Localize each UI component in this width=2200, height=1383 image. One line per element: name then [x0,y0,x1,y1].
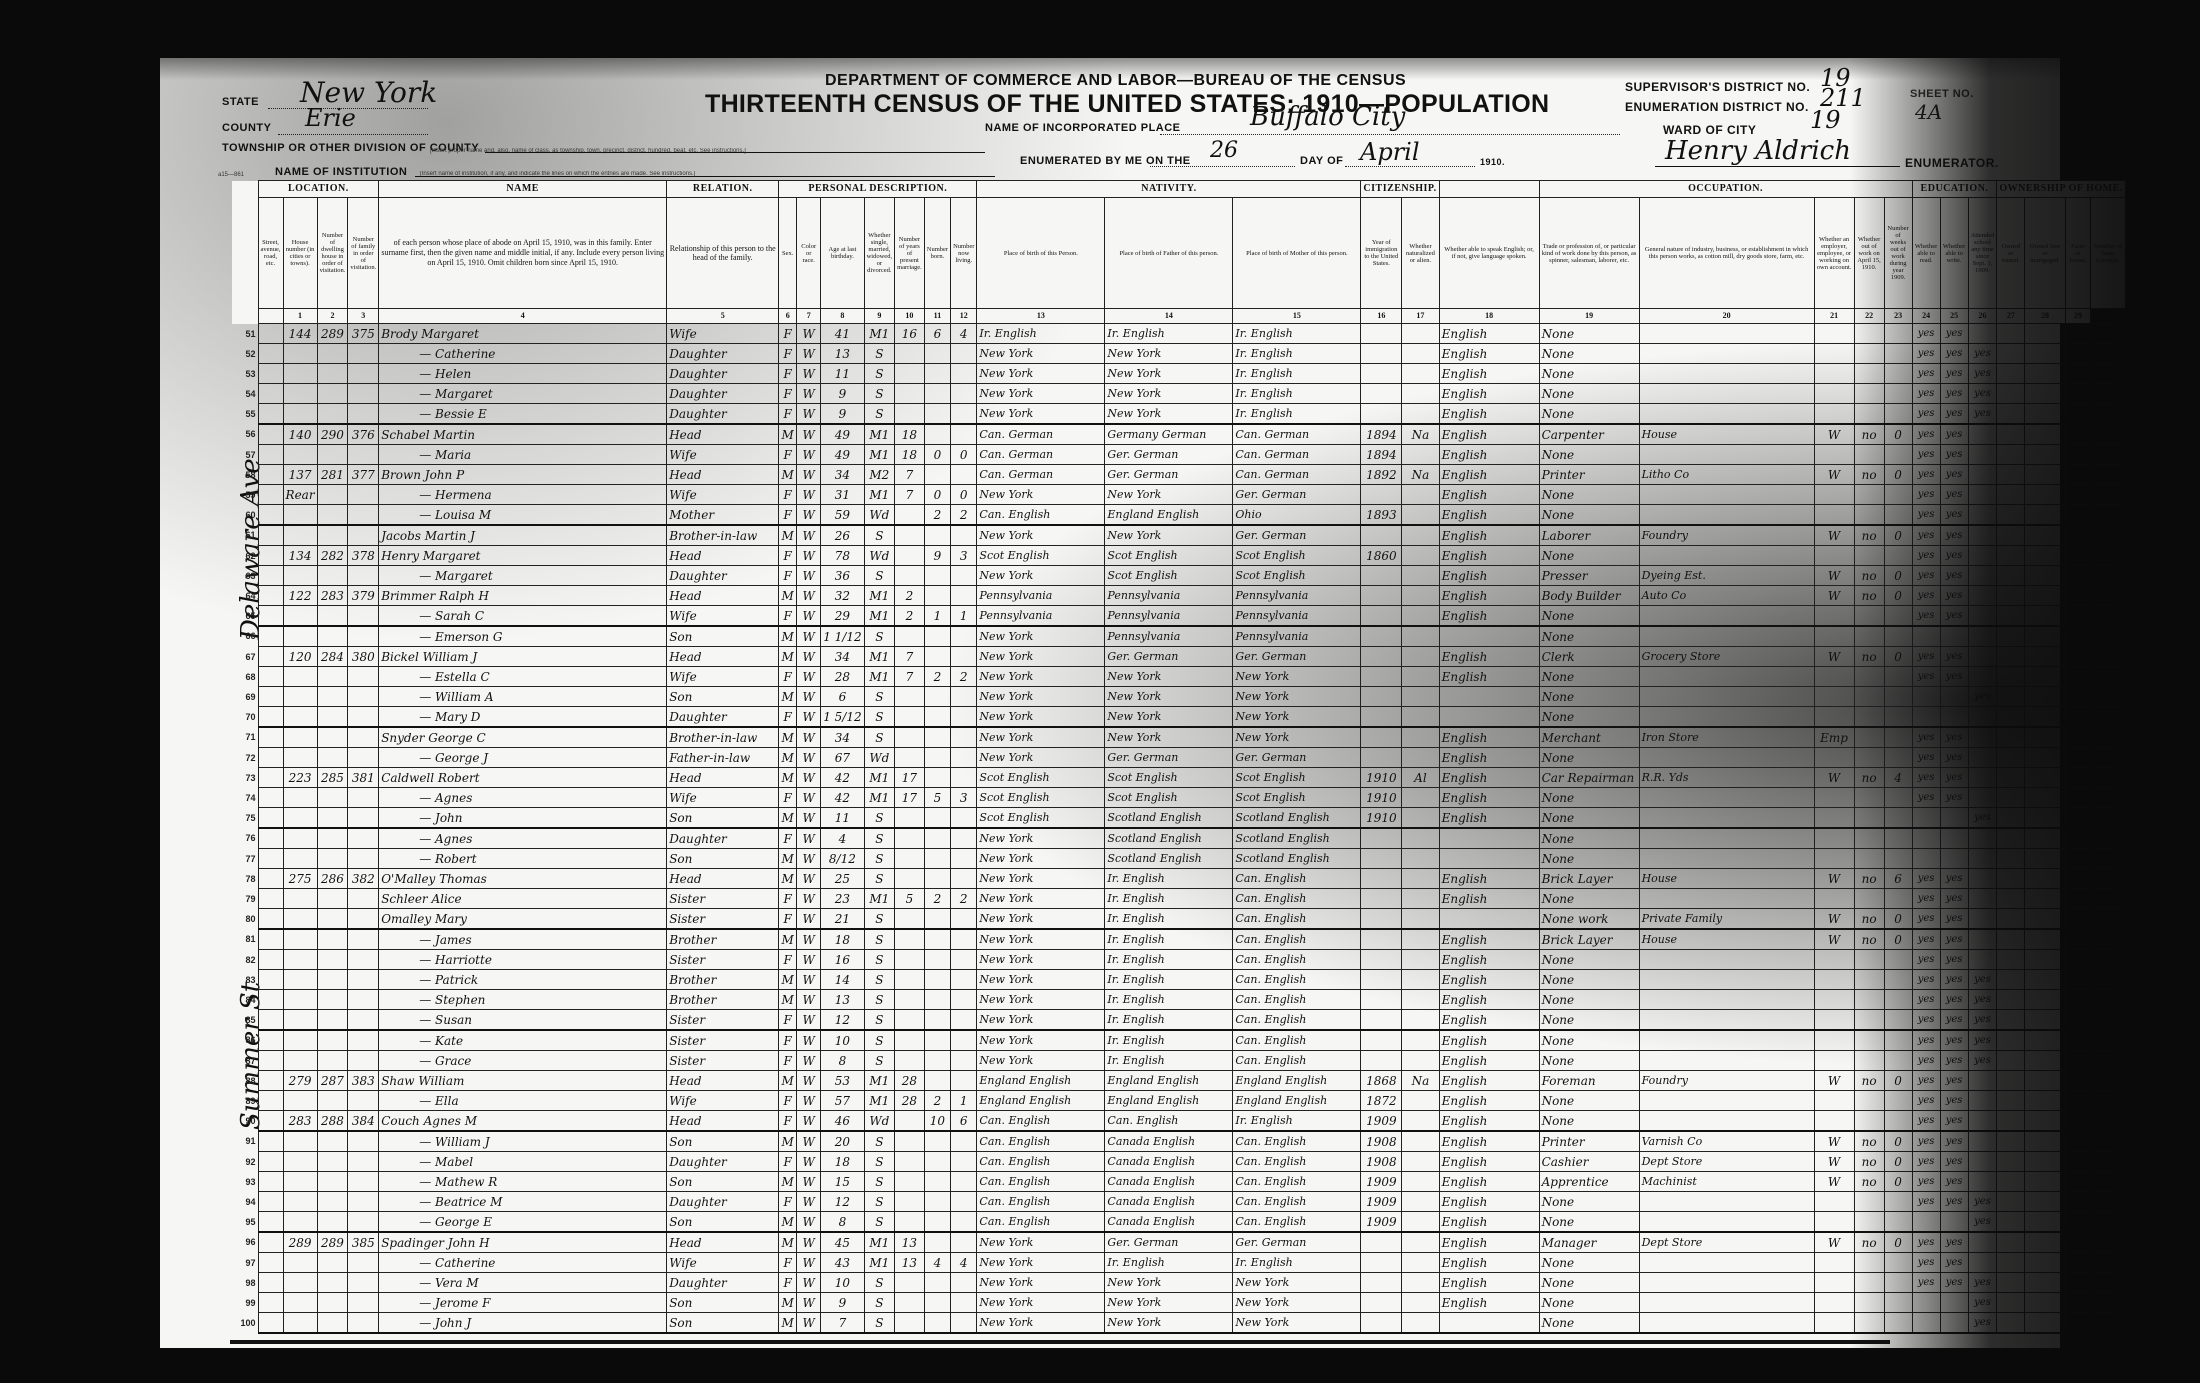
enumerator-line [1655,166,1900,167]
street-cell [258,889,283,909]
relationship-cell: Wife [667,324,779,344]
dwelling-number-cell [317,566,348,586]
house-number-cell: 134 [283,546,317,566]
family-number-cell: 382 [348,869,379,889]
birthplace-father-cell: New York [1105,1293,1233,1313]
family-number-cell [348,849,379,869]
person-name-cell: Schabel Martin [379,424,667,445]
occupation-trade-cell: None [1539,364,1639,384]
street-cell [258,626,283,647]
race-cell: W [797,505,821,526]
out-of-work-cell [1854,687,1884,707]
can-read-cell: yes [1912,324,1940,344]
person-name-cell: — Margaret [379,566,667,586]
can-write-cell: yes [1940,445,1968,465]
race-cell: W [797,788,821,808]
language-cell: English [1439,1253,1539,1273]
birthplace-father-cell: Ir. English [1105,1030,1233,1051]
birthplace-father-cell: Canada English [1105,1131,1233,1152]
children-living-cell [951,849,977,869]
sex-cell: M [779,768,797,788]
header-house-number: House number (in cities or towns). [283,198,317,309]
farm-house-cell [2065,667,2091,687]
own-rent-cell [1997,707,2025,728]
header-immigration-year: Year of immigration to the United States… [1361,198,1402,309]
race-cell: W [797,566,821,586]
birthplace-person-cell: New York [977,748,1105,768]
can-read-cell: yes [1912,1273,1940,1293]
relationship-cell: Brother [667,990,779,1010]
birthplace-person-cell: New York [977,727,1105,748]
years-married-cell: 7 [895,465,925,485]
marital-status-cell: M1 [864,788,894,808]
naturalization-cell: Na [1402,424,1439,445]
marital-status-cell: S [864,727,894,748]
language-cell: English [1439,566,1539,586]
farm-schedule-cell [2091,505,2126,526]
can-read-cell: yes [1912,1172,1940,1192]
naturalization-cell [1402,1212,1439,1233]
can-read-cell: yes [1912,929,1940,950]
birthplace-person-cell: New York [977,869,1105,889]
sex-cell: M [779,647,797,667]
farm-schedule-cell [2091,808,2126,829]
children-living-cell [951,566,977,586]
attended-school-cell: yes [1968,1293,1997,1313]
farm-house-cell [2065,445,2091,465]
header-birthplace-person: Place of birth of this Person. [977,198,1105,309]
birthplace-person-cell: New York [977,990,1105,1010]
immigration-year-cell [1361,626,1402,647]
street-cell [258,384,283,404]
marital-status-cell: M1 [864,324,894,344]
language-cell: English [1439,445,1539,465]
immigration-year-cell: 1868 [1361,1071,1402,1091]
farm-house-cell [2065,869,2091,889]
sex-cell: M [779,525,797,546]
own-rent-cell [1997,1273,2025,1293]
can-read-cell: yes [1912,1111,1940,1132]
relationship-cell: Father-in-law [667,748,779,768]
occupation-industry-cell [1639,1253,1814,1273]
out-of-work-cell: no [1854,1152,1884,1172]
age-cell: 49 [821,445,864,465]
dwelling-number-cell [317,404,348,425]
years-married-cell [895,1131,925,1152]
birthplace-father-cell: New York [1105,384,1233,404]
occupation-trade-cell: None work [1539,909,1639,930]
farm-house-cell [2065,364,2091,384]
header-children-living: Number now living. [951,198,977,309]
race-cell: W [797,929,821,950]
house-number-cell [283,525,317,546]
naturalization-cell [1402,1273,1439,1293]
birthplace-mother-cell: Ger. German [1233,647,1361,667]
farm-schedule-cell [2091,424,2126,445]
age-cell: 43 [821,1253,864,1273]
house-number-cell [283,1293,317,1313]
can-read-cell: yes [1912,1051,1940,1071]
marital-status-cell: S [864,1152,894,1172]
children-born-cell: 4 [924,1253,950,1273]
line-number: 55 [232,404,258,425]
immigration-year-cell [1361,1030,1402,1051]
birthplace-person-cell: Pennsylvania [977,586,1105,606]
family-number-cell [348,445,379,465]
family-number-cell [348,606,379,627]
children-born-cell [924,727,950,748]
street-cell [258,647,283,667]
birthplace-father-cell: Canada English [1105,1212,1233,1233]
sex-cell: F [779,1253,797,1273]
birthplace-mother-cell: Ger. German [1233,748,1361,768]
table-row: 75— JohnSonMW11SScot EnglishScotland Eng… [232,808,2125,829]
occupation-industry-cell: Private Family [1639,909,1814,930]
children-born-cell [924,929,950,950]
farm-schedule-cell [2091,1192,2126,1212]
language-cell [1439,909,1539,930]
street-cell [258,485,283,505]
line-number: 99 [232,1293,258,1313]
age-cell: 28 [821,667,864,687]
line-number: 52 [232,344,258,364]
own-rent-cell [1997,525,2025,546]
farm-house-cell [2065,707,2091,728]
dwelling-number-cell [317,950,348,970]
column-number [258,309,283,324]
marital-status-cell: S [864,707,894,728]
line-number: 85 [232,1010,258,1031]
out-of-work-cell: no [1854,768,1884,788]
occupation-industry-cell [1639,808,1814,829]
naturalization-cell [1402,384,1439,404]
years-married-cell [895,1051,925,1071]
language-cell: English [1439,1172,1539,1192]
street-cell [258,1232,283,1253]
free-mortgaged-cell [2025,647,2065,667]
children-living-cell [951,424,977,445]
column-number: 12 [951,309,977,324]
sex-cell: F [779,566,797,586]
language-cell: English [1439,324,1539,344]
can-write-cell: yes [1940,788,1968,808]
can-write-cell [1940,687,1968,707]
group-name: NAME [379,181,667,198]
out-of-work-cell [1854,828,1884,849]
age-cell: 59 [821,505,864,526]
birthplace-father-cell: Ir. English [1105,929,1233,950]
race-cell: W [797,626,821,647]
marital-status-cell: S [864,1293,894,1313]
street-cell [258,788,283,808]
occupation-industry-cell: Litho Co [1639,465,1814,485]
farm-house-cell [2065,1152,2091,1172]
naturalization-cell [1402,970,1439,990]
free-mortgaged-cell [2025,768,2065,788]
can-read-cell: yes [1912,546,1940,566]
attended-school-cell [1968,505,1997,526]
street-cell [258,849,283,869]
farm-schedule-cell [2091,465,2126,485]
person-name-cell: Brody Margaret [379,324,667,344]
language-cell: English [1439,768,1539,788]
person-name-cell: — Grace [379,1051,667,1071]
occupation-trade-cell: None [1539,667,1639,687]
farm-house-cell [2065,1273,2091,1293]
weeks-out-cell: 4 [1884,768,1912,788]
column-number: 11 [924,309,950,324]
age-cell: 42 [821,788,864,808]
birthplace-father-cell: New York [1105,1273,1233,1293]
birthplace-person-cell: New York [977,889,1105,909]
out-of-work-cell [1854,1111,1884,1132]
person-name-cell: — William A [379,687,667,707]
sex-cell: F [779,485,797,505]
employment-class-cell [1814,404,1854,425]
table-row: 72— George JFather-in-lawMW67WdNew YorkG… [232,748,2125,768]
incorporated-place-value: Buffalo City [1250,102,1405,132]
children-living-cell: 0 [951,445,977,465]
out-of-work-cell [1854,404,1884,425]
age-cell: 53 [821,1071,864,1091]
weeks-out-cell [1884,1111,1912,1132]
house-number-cell: 120 [283,647,317,667]
person-name-cell: O'Malley Thomas [379,869,667,889]
farm-schedule-cell [2091,1273,2126,1293]
farm-schedule-cell [2091,485,2126,505]
table-row: 57— MariaWifeFW49M11800Can. GermanGer. G… [232,445,2125,465]
birthplace-mother-cell: Pennsylvania [1233,626,1361,647]
occupation-industry-cell: House [1639,929,1814,950]
marital-status-cell: S [864,849,894,869]
table-row: 56140290376Schabel MartinHeadMW49M118Can… [232,424,2125,445]
years-married-cell [895,909,925,930]
table-row: 65— Sarah CWifeFW29M1211PennsylvaniaPenn… [232,606,2125,627]
race-cell: W [797,445,821,465]
children-born-cell [924,1051,950,1071]
relationship-cell: Head [667,1232,779,1253]
free-mortgaged-cell [2025,1131,2065,1152]
free-mortgaged-cell [2025,1030,2065,1051]
birthplace-person-cell: Scot English [977,768,1105,788]
years-married-cell [895,364,925,384]
can-read-cell: yes [1912,606,1940,627]
occupation-trade-cell: None [1539,344,1639,364]
children-living-cell: 2 [951,889,977,909]
year-suffix: 1910. [1480,157,1505,167]
birthplace-mother-cell: Can. English [1233,1212,1361,1233]
employment-class-cell [1814,707,1854,728]
person-name-cell: — Emerson G [379,626,667,647]
can-write-cell: yes [1940,869,1968,889]
language-cell: English [1439,647,1539,667]
language-cell: English [1439,1091,1539,1111]
weeks-out-cell [1884,324,1912,344]
birthplace-person-cell: New York [977,626,1105,647]
marital-status-cell: M1 [864,485,894,505]
marital-status-cell: S [864,1313,894,1334]
person-name-cell: — Harriotte [379,950,667,970]
birthplace-person-cell: Scot English [977,546,1105,566]
house-number-cell [283,687,317,707]
line-number: 78 [232,869,258,889]
children-living-cell [951,1232,977,1253]
occupation-industry-cell [1639,606,1814,627]
ward-label: WARD OF CITY [1663,123,1756,137]
age-cell: 8 [821,1212,864,1233]
children-born-cell [924,1192,950,1212]
birthplace-person-cell: Can. English [977,1152,1105,1172]
children-living-cell [951,1212,977,1233]
birthplace-person-cell: New York [977,647,1105,667]
race-cell: W [797,970,821,990]
language-cell: English [1439,1131,1539,1152]
can-read-cell: yes [1912,768,1940,788]
can-read-cell: yes [1912,344,1940,364]
employment-class-cell [1814,505,1854,526]
own-rent-cell [1997,364,2025,384]
table-row: 67120284380Bickel William JHeadMW34M17Ne… [232,647,2125,667]
line-number: 90 [232,1111,258,1132]
column-number: 21 [1814,309,1854,324]
table-row: 92— MabelDaughterFW18SCan. EnglishCanada… [232,1152,2125,1172]
employment-class-cell: W [1814,424,1854,445]
house-number-cell [283,404,317,425]
own-rent-cell [1997,465,2025,485]
header-school: Attended school any time since Sept. 1, … [1968,198,1997,309]
naturalization-cell [1402,445,1439,465]
children-born-cell [924,707,950,728]
weeks-out-cell [1884,748,1912,768]
children-living-cell [951,970,977,990]
sex-cell: M [779,808,797,829]
children-living-cell [951,707,977,728]
can-write-cell: yes [1940,1051,1968,1071]
marital-status-cell: S [864,909,894,930]
occupation-trade-cell: None [1539,546,1639,566]
line-number: 81 [232,929,258,950]
can-write-cell: yes [1940,566,1968,586]
person-name-cell: Brown John P [379,465,667,485]
header-name: of each person whose place of abode on A… [379,198,667,309]
children-born-cell [924,1232,950,1253]
occupation-trade-cell: None [1539,1293,1639,1313]
dwelling-number-cell [317,445,348,465]
farm-house-cell [2065,525,2091,546]
sex-cell: F [779,1111,797,1132]
marital-status-cell: Wd [864,748,894,768]
street-cell [258,1051,283,1071]
free-mortgaged-cell [2025,344,2065,364]
dwelling-number-cell [317,1010,348,1031]
occupation-trade-cell: None [1539,1192,1639,1212]
house-number-cell [283,950,317,970]
employment-class-cell [1814,364,1854,384]
occupation-trade-cell: Foreman [1539,1071,1639,1091]
header-farm-schedule: Number of farm schedule. [2091,198,2126,309]
family-number-cell: 384 [348,1111,379,1132]
birthplace-father-cell: Ir. English [1105,970,1233,990]
immigration-year-cell [1361,404,1402,425]
race-cell: W [797,384,821,404]
immigration-year-cell: 1908 [1361,1131,1402,1152]
can-write-cell: yes [1940,344,1968,364]
age-cell: 29 [821,606,864,627]
marital-status-cell: M1 [864,1071,894,1091]
children-born-cell: 2 [924,1091,950,1111]
marital-status-cell: M1 [864,768,894,788]
employment-class-cell [1814,606,1854,627]
column-number: 8 [821,309,864,324]
children-living-cell [951,626,977,647]
farm-house-cell [2065,586,2091,606]
column-number: 16 [1361,309,1402,324]
birthplace-person-cell: New York [977,1030,1105,1051]
birthplace-mother-cell: Scot English [1233,566,1361,586]
farm-schedule-cell [2091,707,2126,728]
age-cell: 8/12 [821,849,864,869]
years-married-cell [895,950,925,970]
language-cell: English [1439,1293,1539,1313]
farm-house-cell [2065,788,2091,808]
weeks-out-cell [1884,546,1912,566]
family-number-cell [348,929,379,950]
person-name-cell: — Mabel [379,1152,667,1172]
dwelling-number-cell: 287 [317,1071,348,1091]
incorporated-place-label: NAME OF INCORPORATED PLACE [985,122,1181,134]
immigration-year-cell [1361,849,1402,869]
table-row: 98— Vera MDaughterFW10SNew YorkNew YorkN… [232,1273,2125,1293]
county-line [278,134,428,135]
header-marital: Whether single, married, widowed, or div… [864,198,894,309]
birthplace-father-cell: New York [1105,707,1233,728]
children-living-cell [951,1313,977,1334]
out-of-work-cell [1854,606,1884,627]
marital-status-cell: S [864,364,894,384]
attended-school-cell [1968,465,1997,485]
header-children-born: Number born. [924,198,950,309]
years-married-cell [895,1313,925,1334]
relationship-cell: Head [667,546,779,566]
occupation-trade-cell: None [1539,748,1639,768]
attended-school-cell [1968,1071,1997,1091]
street-cell [258,727,283,748]
own-rent-cell [1997,1212,2025,1233]
street-cell [258,1030,283,1051]
occupation-industry-cell [1639,889,1814,909]
person-name-cell: — Agnes [379,788,667,808]
years-married-cell: 7 [895,667,925,687]
children-born-cell [924,970,950,990]
person-name-cell: — James [379,929,667,950]
employment-class-cell: Emp [1814,727,1854,748]
occupation-trade-cell: Cashier [1539,1152,1639,1172]
attended-school-cell [1968,1111,1997,1132]
immigration-year-cell: 1910 [1361,788,1402,808]
out-of-work-cell: no [1854,909,1884,930]
naturalization-cell [1402,364,1439,384]
children-born-cell [924,869,950,889]
employment-class-cell [1814,626,1854,647]
person-name-cell: Caldwell Robert [379,768,667,788]
table-row: 99— Jerome FSonMW9SNew YorkNew YorkNew Y… [232,1293,2125,1313]
race-cell: W [797,667,821,687]
person-name-cell: — Vera M [379,1273,667,1293]
street-cell [258,566,283,586]
header-write: Whether able to write. [1940,198,1968,309]
street-cell [258,929,283,950]
birthplace-mother-cell: Ir. English [1233,324,1361,344]
